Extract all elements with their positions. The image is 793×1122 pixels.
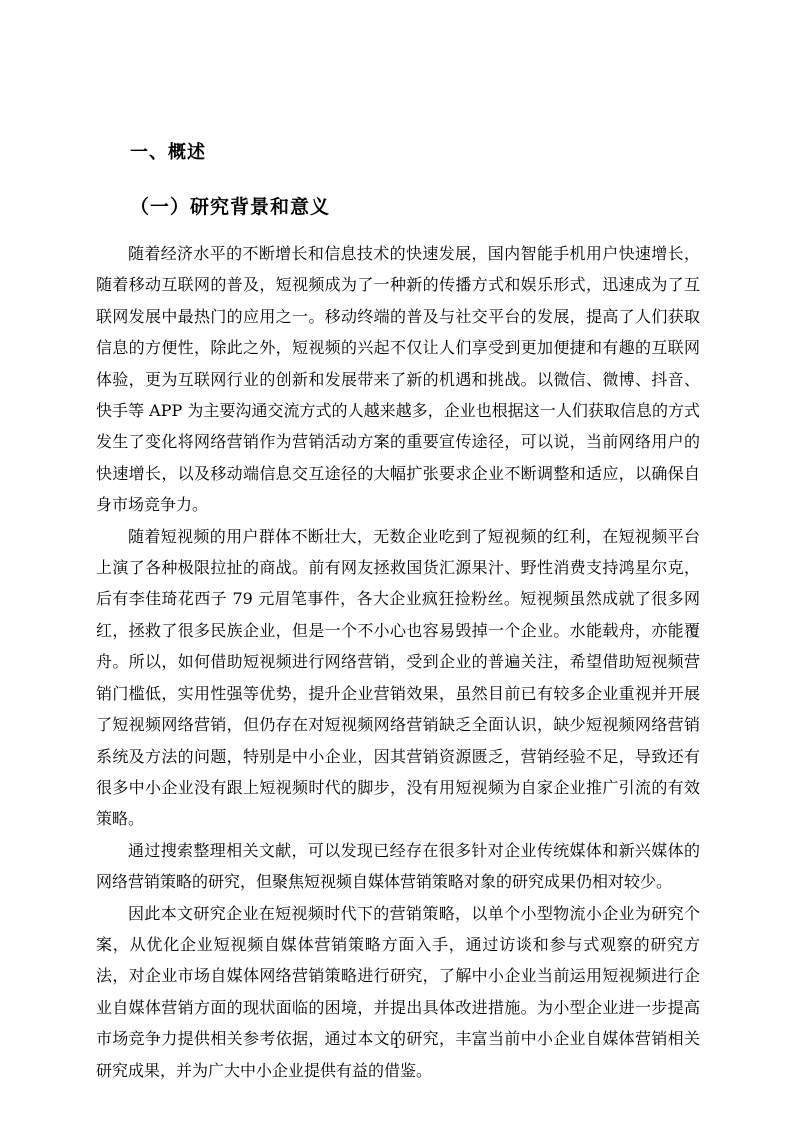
paragraph-background-1: 随着经济水平的不断增长和信息技术的快速发展，国内智能手机用户快速增长，随着移动互… (96, 238, 700, 521)
document-body: 随着经济水平的不断增长和信息技术的快速发展，国内智能手机用户快速增长，随着移动互… (96, 238, 700, 1086)
page-number: 1 (0, 1036, 793, 1054)
paragraph-background-2: 随着短视频的用户群体不断壮大，无数企业吃到了短视频的红利，在短视频平台上演了各种… (96, 521, 700, 835)
paragraph-literature: 通过搜索整理相关文献，可以发现已经存在很多针对企业传统媒体和新兴媒体的网络营销策… (96, 835, 700, 898)
subsection-heading: （一）研究背景和意义 (130, 193, 700, 221)
document-page: 一、概述 （一）研究背景和意义 随着经济水平的不断增长和信息技术的快速发展，国内… (0, 0, 793, 1122)
section-heading: 一、概述 (130, 140, 700, 166)
paragraph-research-purpose: 因此本文研究企业在短视频时代下的营销策略，以单个小型物流小企业为研究个案，从优化… (96, 898, 700, 1086)
